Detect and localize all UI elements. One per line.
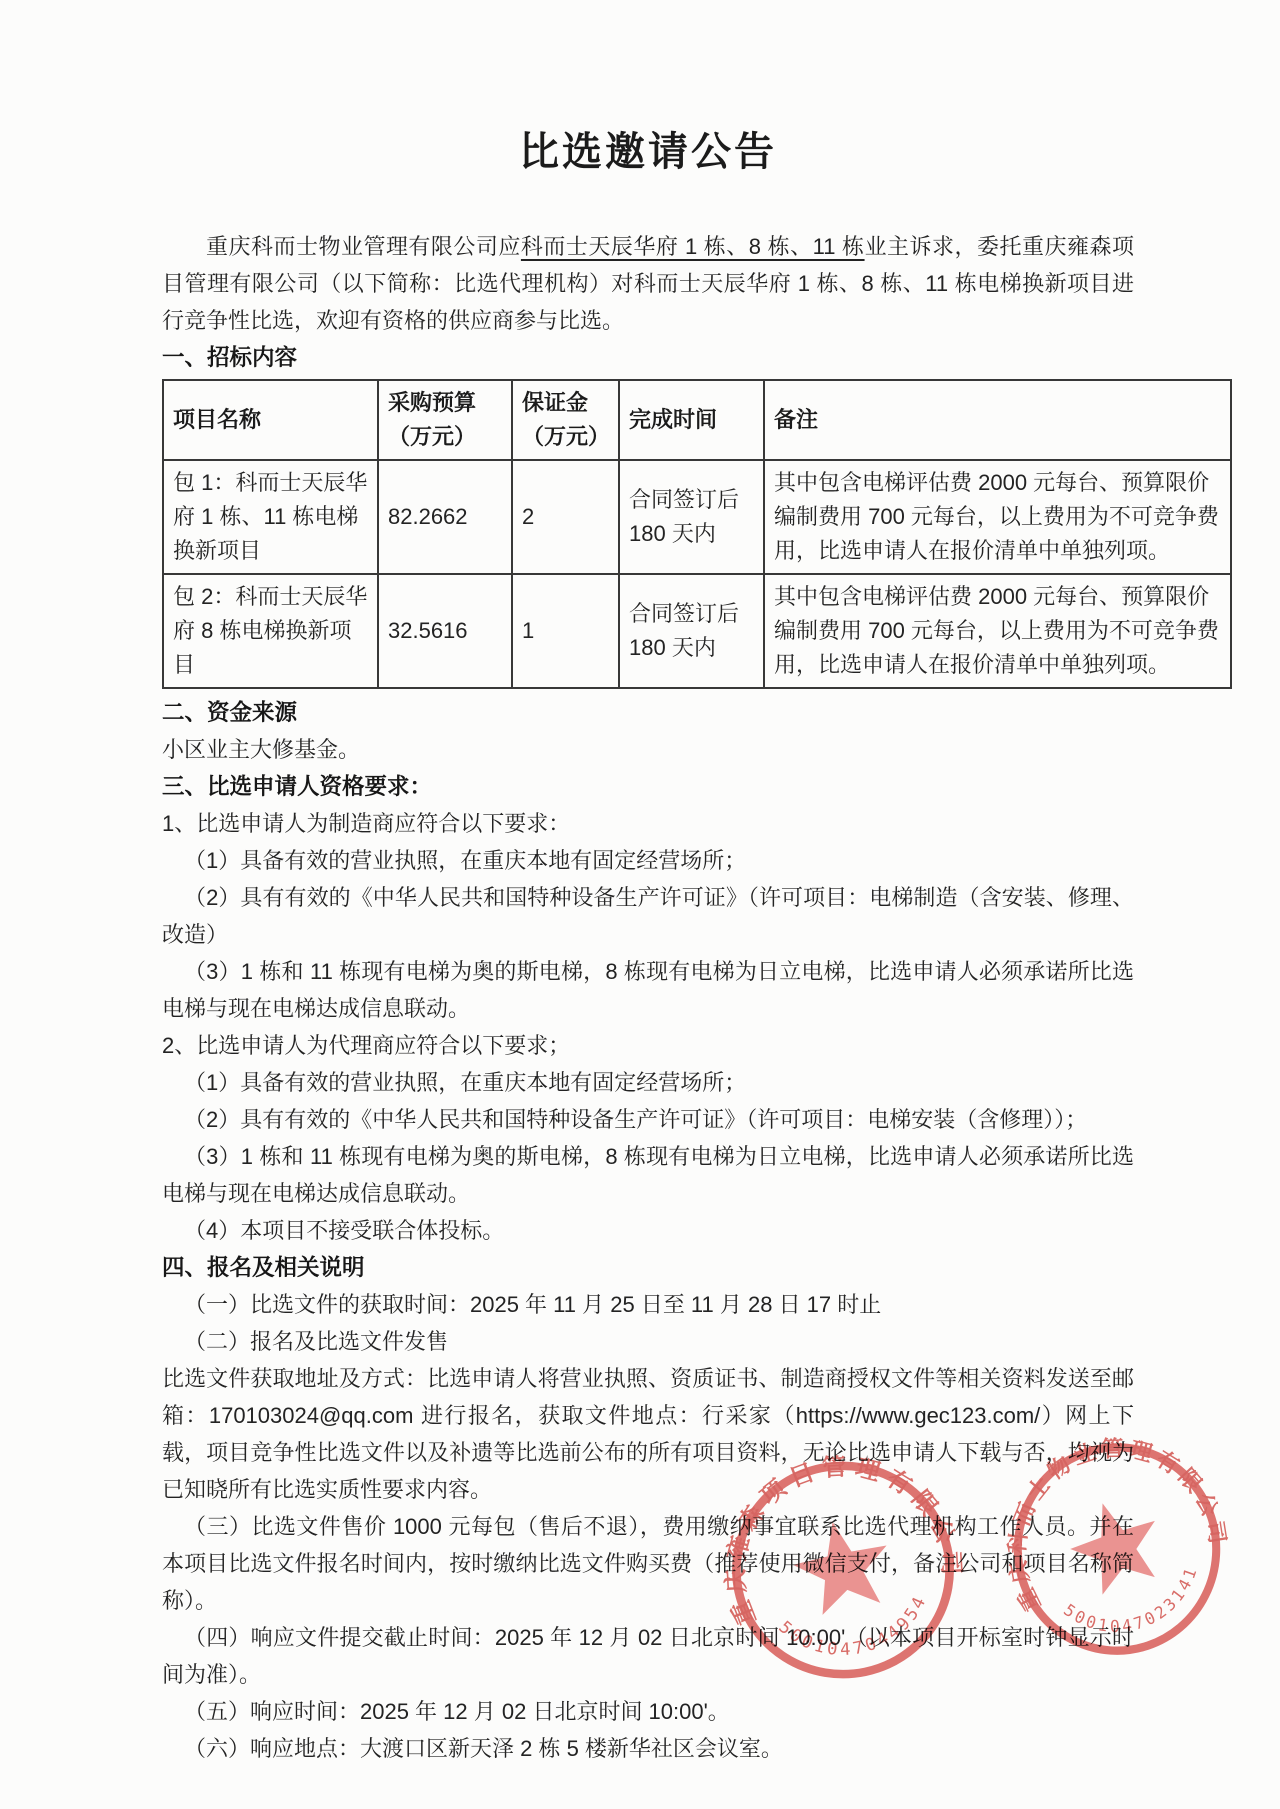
table-row: 包 1：科而士天辰华府 1 栋、11 栋电梯换新项目 82.2662 2 合同签… bbox=[163, 460, 1231, 574]
qualification-item: （3）1 栋和 11 栋现有电梯为奥的斯电梯，8 栋现有电梯为日立电梯，比选申请… bbox=[162, 1138, 1134, 1212]
cell-package1-remark: 其中包含电梯评估费 2000 元每台、预算限价编制费用 700 元每台，以上费用… bbox=[764, 460, 1231, 574]
cell-package1-time: 合同签订后 180 天内 bbox=[619, 460, 764, 574]
section-heading-tender-content: 一、招标内容 bbox=[162, 339, 1134, 376]
qualification-item: （2）具有有效的《中华人民共和国特种设备生产许可证》（许可项目：电梯安装（含修理… bbox=[162, 1101, 1134, 1138]
qualification-item: 1、比选申请人为制造商应符合以下要求： bbox=[162, 805, 1134, 842]
header-remark: 备注 bbox=[764, 380, 1231, 460]
qualification-item: （1）具备有效的营业执照，在重庆本地有固定经营场所； bbox=[162, 1064, 1134, 1101]
header-deposit: 保证金 （万元） bbox=[512, 380, 619, 460]
qualification-item: （4）本项目不接受联合体投标。 bbox=[162, 1212, 1134, 1249]
registration-item: （四）响应文件提交截止时间：2025 年 12 月 02 日北京时间 10:00… bbox=[162, 1619, 1134, 1693]
header-finish-time: 完成时间 bbox=[619, 380, 764, 460]
header-project-name: 项目名称 bbox=[163, 380, 378, 460]
registration-item: （六）响应地点：大渡口区新天泽 2 栋 5 楼新华社区会议室。 bbox=[162, 1730, 1134, 1767]
cell-package2-budget: 32.5616 bbox=[378, 574, 512, 688]
cell-package2-remark: 其中包含电梯评估费 2000 元每台、预算限价编制费用 700 元每台，以上费用… bbox=[764, 574, 1231, 688]
tender-packages-table: 项目名称 采购预算 （万元） 保证金 （万元） 完成时间 备注 包 1：科而士天… bbox=[162, 379, 1232, 689]
registration-item: （五）响应时间：2025 年 12 月 02 日北京时间 10:00'。 bbox=[162, 1693, 1134, 1730]
header-budget: 采购预算 （万元） bbox=[378, 380, 512, 460]
qualification-item: （1）具备有效的营业执照，在重庆本地有固定经营场所； bbox=[162, 842, 1134, 879]
qualification-item: （3）1 栋和 11 栋现有电梯为奥的斯电梯，8 栋现有电梯为日立电梯，比选申请… bbox=[162, 953, 1134, 1027]
table-header-row: 项目名称 采购预算 （万元） 保证金 （万元） 完成时间 备注 bbox=[163, 380, 1231, 460]
registration-item: 比选文件获取地址及方式：比选申请人将营业执照、资质证书、制造商授权文件等相关资料… bbox=[162, 1360, 1134, 1508]
document-content: 比选邀请公告 重庆科而士物业管理有限公司应科而士天辰华府 1 栋、8 栋、11 … bbox=[162, 128, 1134, 1767]
fund-source-text: 小区业主大修基金。 bbox=[162, 731, 1134, 768]
qualification-item: 2、比选申请人为代理商应符合以下要求； bbox=[162, 1027, 1134, 1064]
registration-item: （三）比选文件售价 1000 元每包（售后不退），费用缴纳事宜联系比选代理机构工… bbox=[162, 1508, 1134, 1619]
cell-package2-name: 包 2：科而士天辰华府 8 栋电梯换新项目 bbox=[163, 574, 378, 688]
page-title: 比选邀请公告 bbox=[162, 128, 1134, 176]
cell-package1-name: 包 1：科而士天辰华府 1 栋、11 栋电梯换新项目 bbox=[163, 460, 378, 574]
qualification-item: （2）具有有效的《中华人民共和国特种设备生产许可证》（许可项目：电梯制造（含安装… bbox=[162, 879, 1134, 953]
section-heading-fund-source: 二、资金来源 bbox=[162, 694, 1134, 731]
registration-item: （二）报名及比选文件发售 bbox=[162, 1323, 1134, 1360]
cell-package2-deposit: 1 bbox=[512, 574, 619, 688]
section-heading-registration: 四、报名及相关说明 bbox=[162, 1249, 1134, 1286]
cell-package1-deposit: 2 bbox=[512, 460, 619, 574]
intro-text-lead: 重庆科而士物业管理有限公司应 bbox=[206, 234, 521, 259]
intro-text-underlined: 科而士天辰华府 1 栋、8 栋、11 栋 bbox=[521, 234, 865, 259]
scanned-announcement-page: 比选邀请公告 重庆科而士物业管理有限公司应科而士天辰华府 1 栋、8 栋、11 … bbox=[0, 0, 1280, 1809]
section-heading-qualification: 三、比选申请人资格要求： bbox=[162, 768, 1134, 805]
cell-package1-budget: 82.2662 bbox=[378, 460, 512, 574]
registration-item: （一）比选文件的获取时间：2025 年 11 月 25 日至 11 月 28 日… bbox=[162, 1286, 1134, 1323]
cell-package2-time: 合同签订后 180 天内 bbox=[619, 574, 764, 688]
intro-paragraph: 重庆科而士物业管理有限公司应科而士天辰华府 1 栋、8 栋、11 栋业主诉求，委… bbox=[162, 228, 1134, 339]
table-row: 包 2：科而士天辰华府 8 栋电梯换新项目 32.5616 1 合同签订后 18… bbox=[163, 574, 1231, 688]
